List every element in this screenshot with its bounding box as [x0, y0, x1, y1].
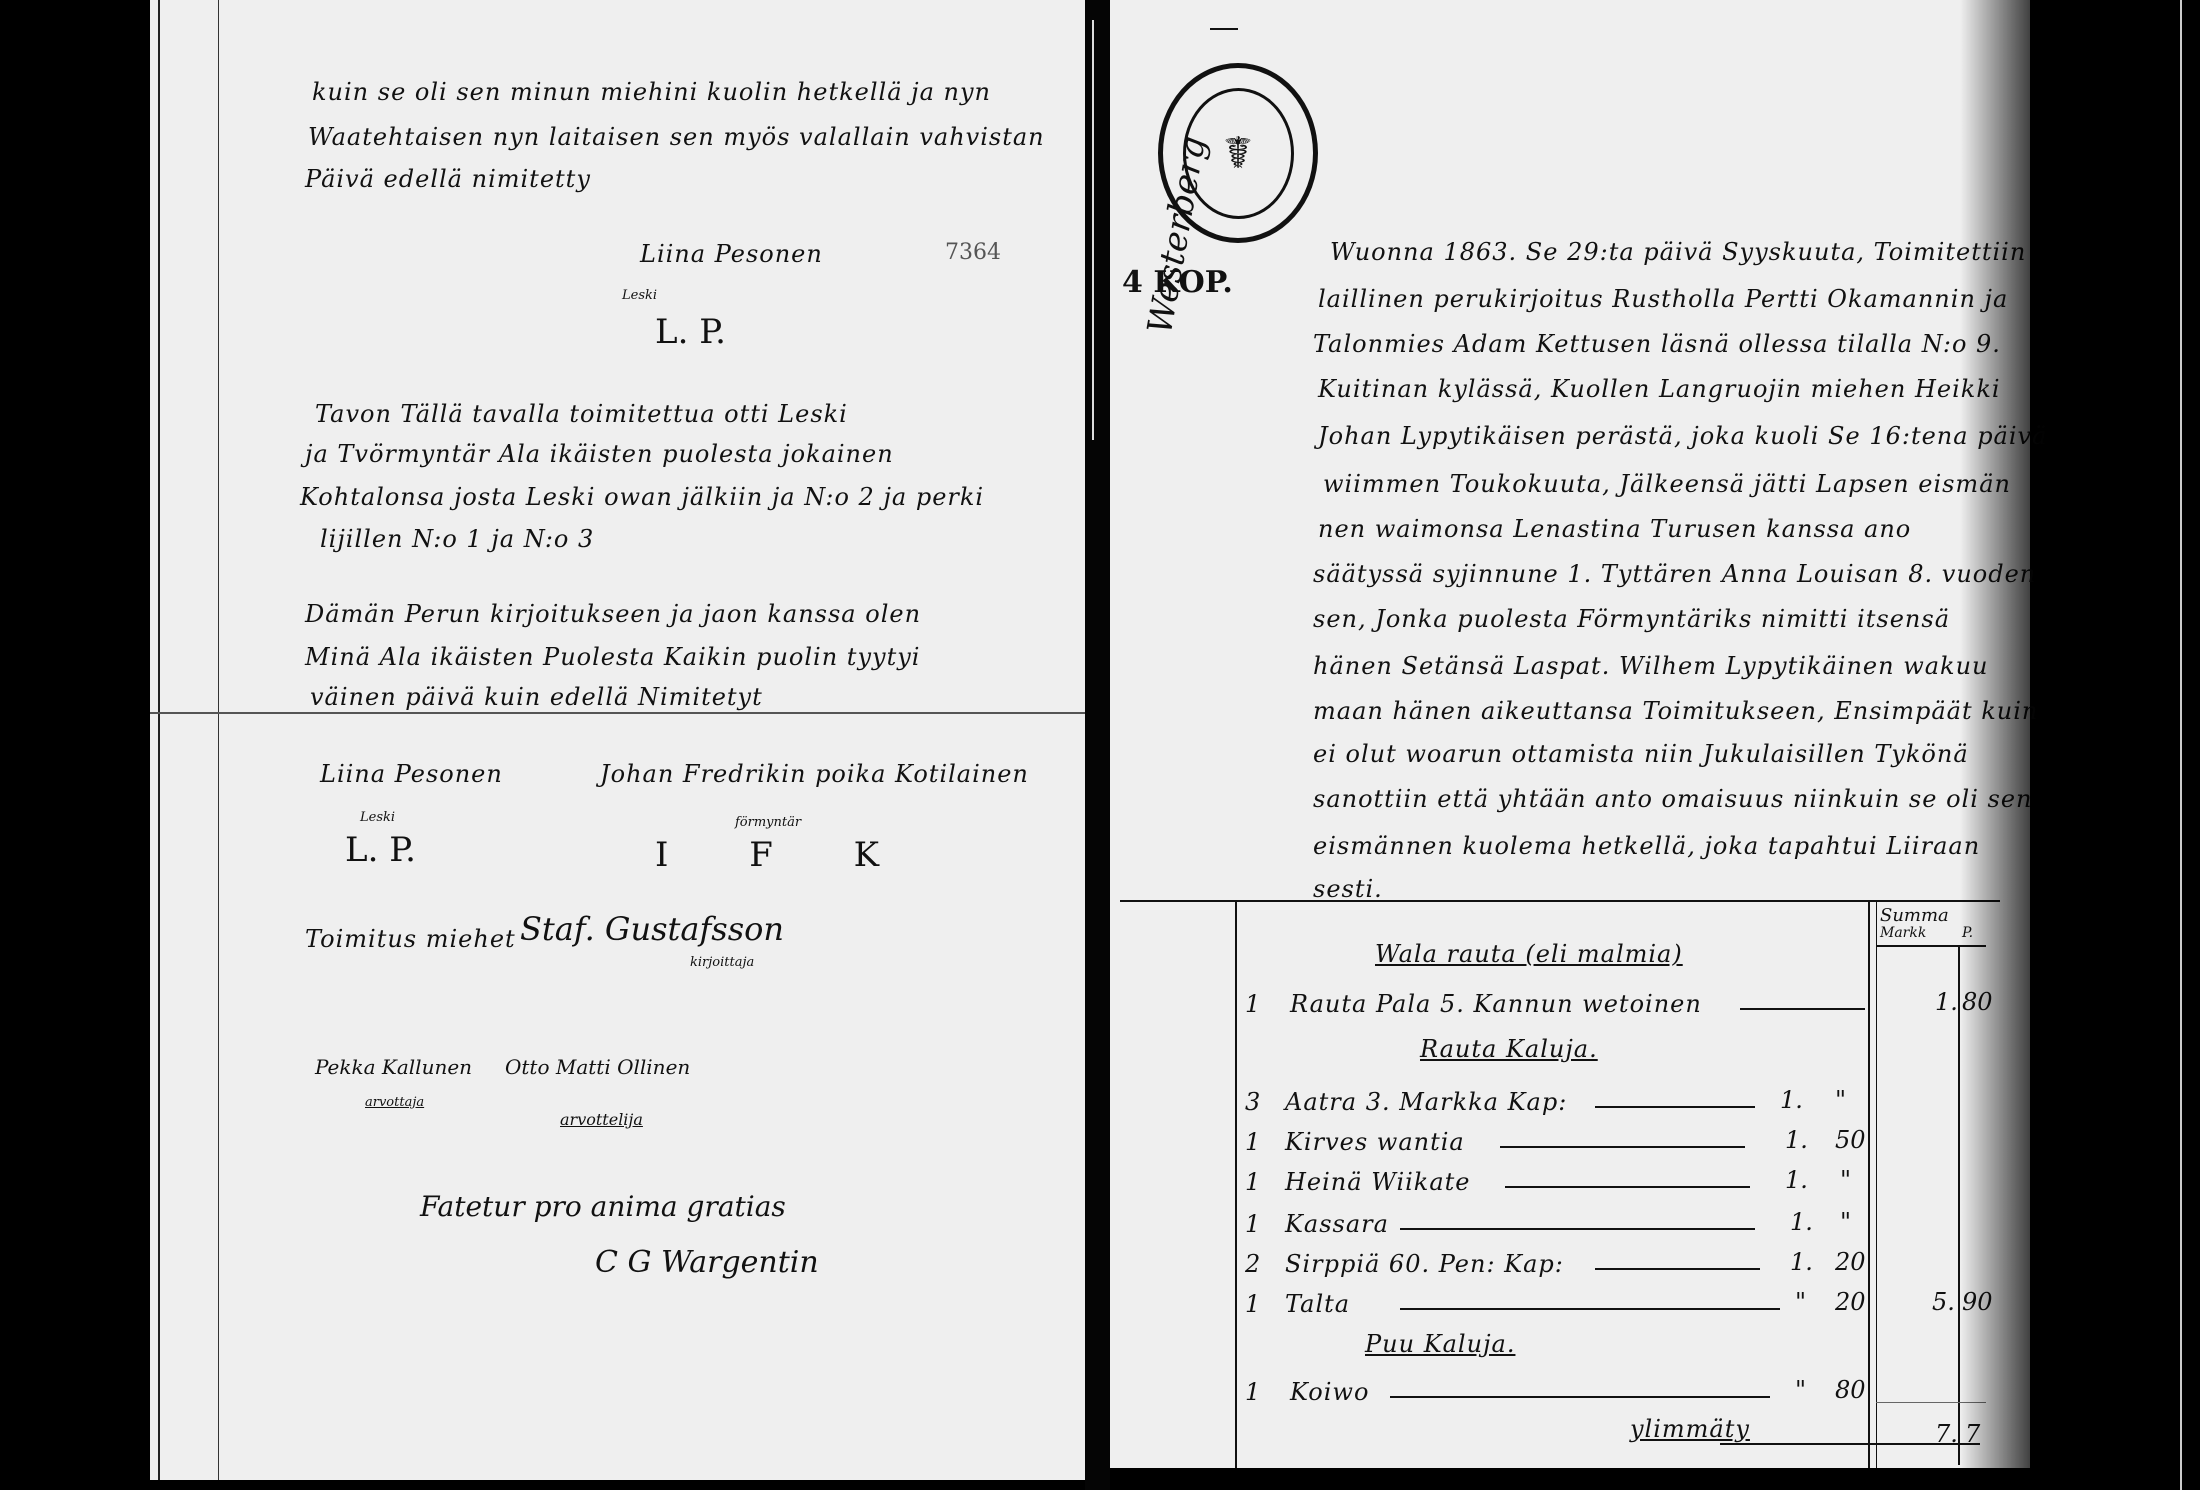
row-p: "	[1840, 1166, 1851, 1194]
row-mk: "	[1795, 1288, 1806, 1316]
row-leader	[1400, 1228, 1755, 1230]
body-line-15: sesti.	[1313, 875, 1383, 903]
para3-line-2: Minä Ala ikäisten Puolesta Kaikin puolin…	[305, 643, 920, 671]
section-title-1: Wala rauta (eli malmia)	[1375, 940, 1683, 968]
row-mk: 1.	[1790, 1248, 1813, 1276]
widow-mark: L. P.	[655, 312, 726, 352]
row-item: Koiwo	[1290, 1378, 1369, 1406]
body-line-7: nen waimonsa Lenastina Turusen kanssa an…	[1318, 515, 1911, 543]
row-item: Kassara	[1285, 1210, 1389, 1238]
scan-shadow	[1960, 0, 2200, 1490]
row-qty: 1	[1245, 1378, 1261, 1406]
row-qty: 1	[1245, 1168, 1261, 1196]
row-leader	[1595, 1268, 1760, 1270]
book-spine	[1085, 0, 1110, 1490]
row-sum-mk: 1.	[1935, 988, 1958, 1016]
row-mk: 1.	[1790, 1208, 1813, 1236]
body-line-4: Kuitinan kylässä, Kuollen Langruojin mie…	[1318, 375, 2001, 403]
body-line-9: sen, Jonka puolesta Förmyntäriks nimitti…	[1313, 605, 1950, 633]
row-item: Heinä Wiikate	[1285, 1168, 1471, 1196]
para2-line-1: Tavon Tällä tavalla toimitettua otti Les…	[315, 400, 848, 428]
body-line-12: ei olut woarun ottamista niin Jukulaisil…	[1313, 740, 1969, 768]
body-line-11: maan hänen aikeuttansa Toimitukseen, Ens…	[1313, 697, 2038, 725]
body-line-2: laillinen perukirjoitus Rustholla Pertti…	[1318, 285, 2008, 313]
row-mk: 1.	[1780, 1086, 1803, 1114]
para2-line-2: ja Tvörmyntär Ala ikäisten puolesta joka…	[305, 440, 894, 468]
para2-line-3: Kohtalonsa josta Leski owan jälkiin ja N…	[300, 483, 984, 511]
officer-signature: Staf. Gustafsson	[520, 910, 784, 948]
row-leader	[1505, 1186, 1750, 1188]
para3-line-3: väinen päivä kuin edellä Nimitetyt	[310, 683, 763, 711]
row-item: Kirves wantia	[1285, 1128, 1465, 1156]
row-qty: 2	[1245, 1250, 1261, 1278]
row-leader	[1500, 1146, 1745, 1148]
row-mk: 1.	[1785, 1126, 1808, 1154]
officer-role: kirjoittaja	[690, 955, 754, 970]
row-p: 80	[1835, 1376, 1866, 1404]
row-p: 20	[1835, 1248, 1866, 1276]
table-sum-rule-2	[1876, 900, 1877, 1468]
body-line-13: sanottiin että yhtään anto omaisuus niin…	[1313, 785, 2033, 813]
row-item: Sirppiä 60. Pen: Kap:	[1285, 1250, 1564, 1278]
row-qty: 3	[1245, 1088, 1261, 1116]
para3-line-1: Dämän Perun kirjoitukseen ja jaon kanssa…	[305, 600, 921, 628]
left-line-3: Päivä edellä nimitetty	[305, 165, 591, 193]
sig-name-2: Johan Fredrikin poika Kotilainen	[600, 760, 1029, 788]
body-line-1: Wuonna 1863. Se 29:ta päivä Syyskuuta, T…	[1330, 238, 2026, 266]
table-sum-rule	[1868, 900, 1870, 1468]
row-p: "	[1835, 1086, 1846, 1114]
row-leader	[1740, 1008, 1865, 1010]
widow-role: Leski	[622, 288, 657, 303]
witness-1-name: Pekka Kallunen	[315, 1055, 472, 1079]
sig-role-1: Leski	[360, 810, 395, 825]
row-item: Rauta Pala 5. Kannun wetoinen	[1290, 990, 1702, 1018]
stamp-fragment: 7364	[945, 240, 1001, 265]
top-mark	[1210, 28, 1238, 30]
attest-signature: C G Wargentin	[595, 1245, 819, 1280]
sig-mark-2: I F K	[655, 835, 879, 875]
page-crease	[150, 712, 1085, 714]
header-summa: Summa	[1880, 905, 1949, 926]
left-line-2: Waatehtaisen nyn laitaisen sen myös vala…	[308, 123, 1045, 151]
body-line-10: hänen Setänsä Laspat. Wilhem Lypytikäine…	[1313, 652, 1989, 680]
body-line-3: Talonmies Adam Kettusen läsnä ollessa ti…	[1313, 330, 2001, 358]
body-line-14: eismännen kuolema hetkellä, joka tapahtu…	[1313, 832, 1980, 860]
officers-label: Toimitus miehet	[305, 925, 516, 953]
body-line-8: säätyssä syjinnune 1. Tyttären Anna Loui…	[1313, 560, 2036, 588]
row-p: 50	[1835, 1126, 1866, 1154]
row-leader	[1400, 1308, 1780, 1310]
row-item: Aatra 3. Markka Kap:	[1285, 1088, 1567, 1116]
margin-rule	[218, 0, 219, 1480]
sig-name-1: Liina Pesonen	[320, 760, 503, 788]
left-line-1: kuin se oli sen minun miehini kuolin het…	[312, 78, 991, 106]
row-qty: 1	[1245, 1128, 1261, 1156]
sig-role-2: förmyntär	[735, 815, 801, 830]
section-title-3: Puu Kaluja.	[1365, 1330, 1515, 1358]
row-p: 20	[1835, 1288, 1866, 1316]
table-qty-rule	[1235, 900, 1237, 1468]
para2-line-4: lijillen N:o 1 ja N:o 3	[320, 525, 594, 553]
attest-line: Fatetur pro anima gratias	[420, 1190, 786, 1223]
row-mk: 1.	[1785, 1166, 1808, 1194]
row-sum-mk: 5.	[1932, 1288, 1955, 1316]
row-qty: 1	[1245, 1210, 1261, 1238]
section-title-2: Rauta Kaluja.	[1420, 1035, 1598, 1063]
footer-rule	[1720, 1443, 1980, 1445]
witness-2-role: arvottelija	[560, 1110, 643, 1129]
widow-name: Liina Pesonen	[640, 240, 823, 268]
body-line-5: Johan Lypytikäisen perästä, joka kuoli S…	[1318, 422, 2047, 450]
row-leader	[1595, 1106, 1755, 1108]
row-qty: 1	[1245, 990, 1261, 1018]
scan-edge	[2180, 0, 2182, 1490]
sig-mark-1: L. P.	[345, 830, 416, 870]
row-item: Talta	[1285, 1290, 1350, 1318]
row-p: "	[1840, 1208, 1851, 1236]
page-edge-line	[158, 0, 160, 1480]
row-qty: 1	[1245, 1290, 1261, 1318]
row-mk: "	[1795, 1376, 1806, 1404]
footer-label: ylimmäty	[1630, 1415, 1750, 1443]
body-line-6: wiimmen Toukokuuta, Jälkeensä jätti Laps…	[1323, 470, 2011, 498]
row-leader	[1390, 1396, 1770, 1398]
spine-highlight	[1092, 20, 1094, 440]
header-markka: Markk	[1880, 925, 1926, 941]
witness-2-name: Otto Matti Ollinen	[505, 1055, 690, 1079]
witness-1-role: arvottaja	[365, 1095, 424, 1110]
